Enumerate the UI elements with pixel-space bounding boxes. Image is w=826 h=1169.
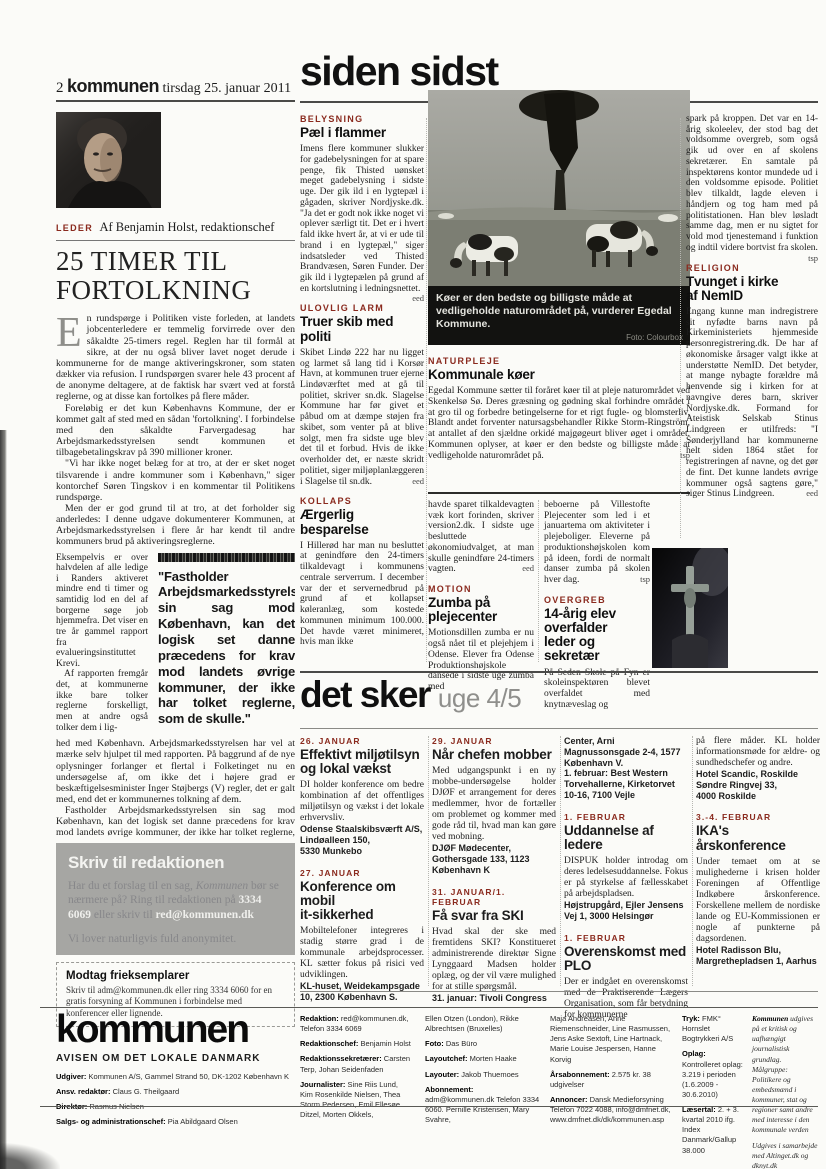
author-initials: eed (406, 294, 424, 304)
brief-title: Truer skib med politi (300, 315, 424, 343)
det-sker-title: det skeruge 4/5 (300, 674, 521, 716)
event-body: Hvad skal der ske med fremtidens SKI? Ko… (432, 927, 556, 993)
event-body: Med udgangspunkt i en ny mobbe-undersøge… (432, 766, 556, 843)
imprint-entry: Direktør: Rasmus Nielsen (56, 1102, 296, 1112)
paper-brand: kommunen (67, 76, 159, 96)
footer-brand-block: kommunen AVISEN OM DET LOKALE DANMARK Ud… (56, 1012, 296, 1133)
imprint-entry: Redaktion: red@kommunen.dk, Telefon 3334… (300, 1014, 412, 1034)
brief-body: spark på kroppen. Det var en 14-årig sko… (686, 114, 818, 254)
section-title: siden sidst (300, 48, 498, 95)
footer-imprint-4: Maja Andreasen, Anne Riemenschneider, Li… (550, 1014, 675, 1130)
imprint-entry: Abonnement: adm@kommunen.dk Telefon 3334… (425, 1085, 543, 1126)
event-body: DISPUK holder introdag om deres ledelses… (564, 856, 688, 900)
crucifix-photo (652, 548, 728, 668)
event-title: Overenskomst med PLO (564, 945, 688, 973)
brief-kicker: NATURPLEJE (428, 356, 690, 366)
leader-kicker: LEDER (56, 223, 93, 233)
event-venue: Center, Arni Magnussonsgade 2-4, 1577 Kø… (564, 736, 688, 801)
event-item-continued: på flere måder. KL holder informationsmø… (696, 736, 820, 801)
free-box-title: Modtag frieksemplarer (66, 970, 285, 982)
brief-religion: RELIGION Tvunget i kirke af NemID Engang… (686, 263, 818, 501)
byline-rule (56, 240, 295, 241)
brief-body: havde sparet tilkaldevagten væk kort for… (428, 500, 534, 575)
event-body: Mobiltelefoner integreres i stadig størr… (300, 926, 424, 981)
footer-imprint-3: Ellen Otzen (London), Rikke Albrechtsen … (425, 1014, 543, 1130)
event-item: 31. JANUAR/1. FEBRUAR Få svar fra SKI Hv… (432, 887, 556, 1004)
write-box-body: Har du et forslag til en sag, Kommunen b… (68, 879, 283, 922)
leader-paragraph: "Vi har ikke noget belæg for at tro, at … (56, 458, 295, 503)
det-sker-subrule (300, 728, 818, 729)
event-item: 29. JANUAR Når chefen mobber Med udgangs… (432, 736, 556, 876)
brief-kollaps: KOLLAPS Ærgerlig besparelse I Hillerød h… (300, 496, 424, 648)
imprint-entry: Journalister: Sine Riis Lund, Kim Rosenk… (300, 1080, 412, 1121)
event-item-continued: Center, Arni Magnussonsgade 2-4, 1577 Kø… (564, 736, 688, 801)
brief-kicker: KOLLAPS (300, 496, 424, 506)
imprint-entry: Kommunen udgives på et kritisk og uafhæn… (752, 1014, 818, 1136)
event-date: 1. FEBRUAR (564, 933, 688, 943)
event-item: 3.-4. FEBRUAR IKA's årskonference Under … (696, 812, 820, 966)
brief-body: Egedal Kommune sætter til foråret køer t… (428, 386, 690, 461)
event-date: 26. JANUAR (300, 736, 424, 746)
event-venue: Odense Staalskibsværft A/S, Lindøalleen … (300, 824, 424, 856)
pull-quote-text: "Fastholder Arbejdsmarkedsstyrelsen sin … (158, 569, 295, 728)
imprint-entry: Maja Andreasen, Anne Riemenschneider, Li… (550, 1014, 675, 1065)
quote-decoration-bar (158, 553, 295, 562)
event-date: 1. FEBRUAR (564, 812, 688, 822)
issue-date: tirsdag 25. januar 2011 (163, 81, 292, 96)
week-label: uge 4/5 (438, 683, 521, 713)
author-initials: tsp (802, 254, 818, 264)
brief-kicker: OVERGREB (544, 595, 650, 605)
event-date: 3.-4. FEBRUAR (696, 812, 820, 822)
events-column-4: på flere måder. KL holder informationsmø… (696, 736, 820, 978)
event-date: 29. JANUAR (432, 736, 556, 746)
brief-kicker: ULOVLIG LARM (300, 303, 424, 313)
brief-title: Kommunale køer (428, 368, 690, 382)
brief-body: Imens flere kommuner slukker for gadebel… (300, 144, 424, 294)
event-body: på flere måder. KL holder informationsmø… (696, 736, 820, 769)
event-body: Under temaet om at se mulighederne i kri… (696, 857, 820, 945)
author-initials: eed (406, 477, 424, 487)
footer-imprint-5: Tryk: FMK° Hornslet Bogtrykkeri A/S Opla… (682, 1014, 744, 1161)
event-body: DI holder konference om bedre kombinatio… (300, 780, 424, 824)
imprint-entry: Tryk: FMK° Hornslet Bogtrykkeri A/S (682, 1014, 744, 1044)
photo-credit: Foto: Colourbox (626, 333, 683, 342)
brief-body: På Seden Skole på Fyn er skoleinspektøre… (544, 668, 650, 711)
imprint-entry: Salgs- og administrationschef: Pia Abild… (56, 1117, 296, 1127)
masthead: 2 kommunen tirsdag 25. januar 2011 (56, 76, 296, 97)
event-item: 26. JANUAR Effektivt miljøtilsyn og loka… (300, 736, 424, 857)
cow-photo: Køer er den bedste og billigste måde at … (428, 90, 690, 345)
imprint-entry: Oplag: Kontrolleret oplag: 3.219 i perio… (682, 1049, 744, 1100)
column-separator (538, 500, 539, 662)
byline-text: Af Benjamin Holst, redaktionschef (99, 220, 274, 234)
event-venue: 31. januar: Tivoli Congress (432, 993, 556, 1004)
brief-body: I Hillerød har man nu besluttet at genin… (300, 541, 424, 648)
event-title: Effektivt miljøtilsyn og lokal vækst (300, 748, 424, 776)
leader-paragraph: hed med København. Arbejdsmarkedsstyrels… (56, 738, 295, 805)
event-title: Få svar fra SKI (432, 909, 556, 923)
footer-logo: kommunen (56, 1012, 296, 1047)
portrait-photo (56, 112, 161, 208)
event-title: IKA's årskonference (696, 824, 820, 852)
det-sker-bottom-rule (300, 991, 818, 992)
event-venue: Hotel Scandic, Roskilde Søndre Ringvej 3… (696, 769, 820, 801)
event-date: 31. JANUAR/1. FEBRUAR (432, 887, 556, 907)
brief-kollaps-continued: havde sparet tilkaldevagten væk kort for… (428, 500, 534, 575)
det-sker-heading: det sker (300, 674, 430, 715)
event-venue: Hotel Radisson Blu, Margrethepladsen 1, … (696, 945, 820, 967)
column-separator (428, 736, 429, 986)
brief-overgreb: OVERGREB 14-årig elev overfalder leder o… (544, 595, 650, 711)
footer-bottom-rule (40, 1106, 818, 1107)
events-column-3: Center, Arni Magnussonsgade 2-4, 1577 Kø… (564, 736, 688, 1032)
brief-motion-continued: beboerne på Villestofte Plejecenter som … (544, 500, 650, 586)
imprint-entry: Udgiver: Kommunen A/S, Gammel Strand 50,… (56, 1072, 296, 1082)
masthead-rule (56, 100, 295, 102)
imprint-entry: Læsertal: 2. + 3. kvartal 2010 ifg. Inde… (682, 1105, 744, 1156)
brief-title: Zumba på plejecenter (428, 596, 534, 624)
imprint-entry: Foto: Das Büro (425, 1039, 543, 1049)
events-column-1: 26. JANUAR Effektivt miljøtilsyn og loka… (300, 736, 424, 1014)
author-initials: eed (516, 564, 534, 574)
caption-text: Køer er den bedste og billigste måde at … (436, 292, 682, 331)
newspaper-page: 2 kommunen tirsdag 25. januar 2011 siden… (0, 0, 826, 1169)
footer-tagline: AVISEN OM DET LOKALE DANMARK (56, 1053, 296, 1064)
leader-column: LEDER Af Benjamin Holst, redaktionschef … (56, 112, 295, 838)
brief-title: 14-årig elev overfalder leder og sekretæ… (544, 607, 650, 664)
imprint-entry: Layouter: Jakob Thuemoes (425, 1070, 543, 1080)
narrow-text-column: Eksempelvis er over halvdelen af alle le… (56, 553, 148, 734)
imprint-entry: Ansv. redaktør: Claus G. Theilgaard (56, 1087, 296, 1097)
imprint-entry: Årsabonnement: 2.575 kr. 38 udgivelser (550, 1070, 675, 1090)
page-number: 2 (56, 80, 64, 96)
brief-title: Tvunget i kirke af NemID (686, 275, 818, 303)
event-item: 1. FEBRUAR Uddannelse af ledere DISPUK h… (564, 812, 688, 922)
event-title: Når chefen mobber (432, 748, 556, 762)
drop-cap: E (56, 313, 87, 350)
brief-naturpleje: NATURPLEJE Kommunale køer Egedal Kommune… (428, 356, 690, 461)
event-title: Uddannelse af ledere (564, 824, 688, 852)
leader-byline: LEDER Af Benjamin Holst, redaktionschef (56, 220, 295, 235)
leader-paragraph: Foreløbig er det kun Københavns Kommune,… (56, 403, 295, 459)
brief-body: Skibet Lindø 222 har nu ligget og larmet… (300, 348, 424, 488)
leader-paragraph: Men der er god grund til at tro, at det … (56, 503, 295, 548)
event-venue: DJØF Mødecenter, Gothersgade 133, 1123 K… (432, 843, 556, 875)
column-separator (426, 118, 427, 662)
brief-body: beboerne på Villestofte Plejecenter som … (544, 500, 650, 586)
imprint-entry: Annoncer: Dansk Medieforsyning Telefon 7… (550, 1095, 675, 1125)
brief-kicker: RELIGION (686, 263, 818, 273)
event-date: 27. JANUAR (300, 868, 424, 878)
imprint-entry: Udgives i samarbejde med Altinget.dk og … (752, 1141, 818, 1169)
brief-kicker: BELYSNING (300, 114, 424, 124)
footer-imprint-2: Redaktion: red@kommunen.dk, Telefon 3334… (300, 1014, 412, 1125)
anonymity-note: Vi lover naturligvis fuld anonymitet. (68, 932, 283, 946)
write-to-editors-box: Skriv til redaktionen Har du et forslag … (56, 843, 295, 955)
leader-paragraph: Af rapporten fremgår det, at kommunerne … (56, 669, 148, 733)
imprint-entry: Layoutchef: Morten Haake (425, 1054, 543, 1064)
event-venue: KL-huset, Weidekampsgade 10, 2300 Københ… (300, 981, 424, 1003)
brief-overgreb-continued: spark på kroppen. Det var en 14-årig sko… (686, 114, 818, 254)
brief-kicker: MOTION (428, 584, 534, 594)
brief-belysning: BELYSNING Pæl i flammer Imens flere komm… (300, 114, 424, 294)
leader-body: En rundspørge i Politiken viste forleden… (56, 313, 295, 838)
events-column-2: 29. JANUAR Når chefen mobber Med udgangs… (432, 736, 556, 1015)
event-venue: Højstrupgård, Ejler Jensens Vej 1, 3000 … (564, 900, 688, 922)
briefs-column-4: spark på kroppen. Det var en 14-årig sko… (686, 114, 818, 509)
event-item: 27. JANUAR Konference om mobil it-sikker… (300, 868, 424, 1003)
imprint-entry: Redaktionschef: Benjamin Holst (300, 1039, 412, 1049)
briefs-column-1: BELYSNING Pæl i flammer Imens flere komm… (300, 114, 424, 657)
det-sker-top-rule (300, 671, 818, 673)
column-separator (692, 736, 693, 986)
event-title: Konference om mobil it-sikkerhed (300, 880, 424, 923)
column-separator (680, 118, 681, 538)
author-initials: eed (800, 489, 818, 499)
brief-title: Ærgerlig besparelse (300, 508, 424, 536)
editorial-email: red@kommunen.dk (156, 909, 254, 921)
footer-imprint-1: Udgiver: Kommunen A/S, Gammel Strand 50,… (56, 1072, 296, 1128)
leader-headline: 25 TIMER TIL FORTOLKNING (56, 247, 295, 305)
author-initials: tsp (634, 575, 650, 585)
leader-paragraph: Eksempelvis er over halvdelen af alle le… (56, 553, 148, 670)
briefs-column-3: beboerne på Villestofte Plejecenter som … (544, 500, 650, 720)
scan-edge-artifact (0, 430, 7, 1169)
column-separator (560, 736, 561, 986)
leader-paragraph: Fastholder Arbejdsmarkedsstyrelsen sin s… (56, 805, 295, 838)
photo-caption: Køer er den bedste og billigste måde at … (428, 286, 690, 345)
quote-row: Eksempelvis er over halvdelen af alle le… (56, 553, 295, 734)
scan-corner-artifact (0, 1143, 60, 1169)
write-box-title: Skriv til redaktionen (68, 853, 283, 873)
column-divider-rule (428, 492, 690, 494)
footer-imprint-6: Kommunen udgives på et kritisk og uafhæn… (752, 1014, 818, 1169)
imprint-entry: Redaktionssekretærer: Carsten Terp, Joha… (300, 1054, 412, 1074)
imprint-entry: Ellen Otzen (London), Rikke Albrechtsen … (425, 1014, 543, 1034)
brief-ulovlig-larm: ULOVLIG LARM Truer skib med politi Skibe… (300, 303, 424, 487)
brief-body: Engang kunne man indregistrere sit nyfød… (686, 307, 818, 500)
pull-quote: "Fastholder Arbejdsmarkedsstyrelsen sin … (158, 553, 295, 734)
leader-paragraph: En rundspørge i Politiken viste forleden… (56, 313, 295, 402)
brief-title: Pæl i flammer (300, 126, 424, 140)
